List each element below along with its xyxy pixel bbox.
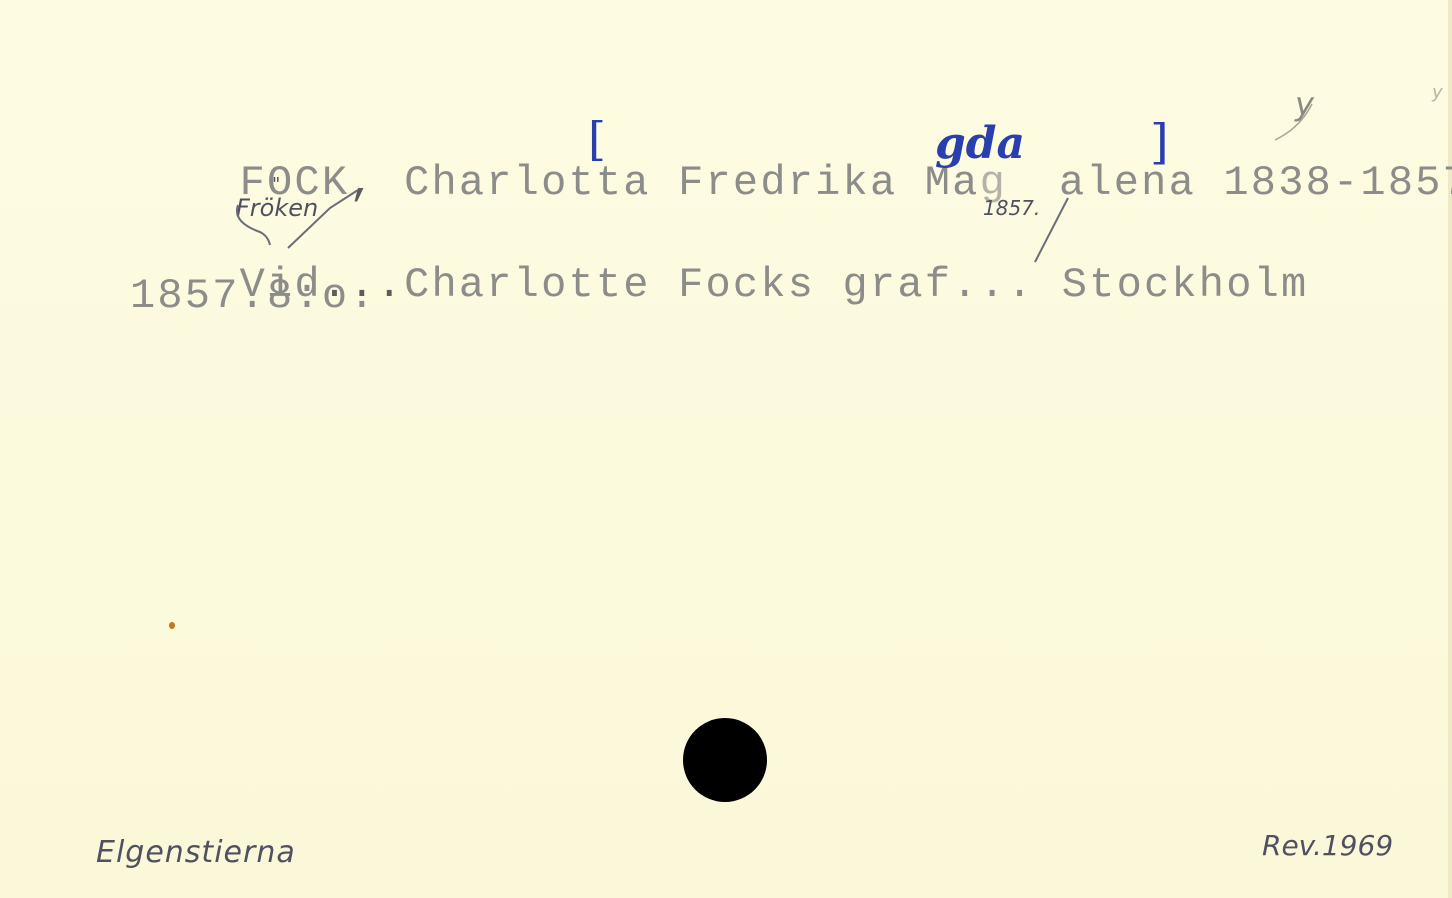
heading-bracket-open-space: [651, 159, 678, 207]
bracket-open-mark: [: [588, 116, 606, 162]
annotation-source: Elgenstierna: [96, 838, 296, 868]
imprint-line: 1857.8:o.: [130, 275, 377, 317]
heading-bracket-space: [1196, 159, 1223, 207]
handwritten-correction: gda: [935, 122, 1025, 166]
bracket-close-mark: ]: [1150, 118, 1169, 166]
title-text: Charlotte Focks graf...: [404, 261, 1034, 309]
heading-comma: ,: [349, 159, 376, 207]
handwritten-y-mark: y: [1295, 88, 1314, 120]
punch-hole: [683, 718, 767, 802]
catalog-card: FOCK, Charlotta Fredrika Magalena 1838-1…: [0, 0, 1452, 898]
heading-years: 1838-1857: [1223, 159, 1452, 207]
handwritten-insert: Fröken: [236, 196, 318, 220]
ink-speck: [169, 622, 175, 629]
annotation-revision: Rev.1969: [1262, 832, 1393, 860]
title-place: Stockholm: [1062, 261, 1309, 309]
heading-given-name: Charlotta: [404, 159, 651, 207]
handwritten-umlaut: ": [272, 176, 280, 194]
handwritten-y-mark-edge: y: [1432, 84, 1443, 102]
title-gap: [1034, 261, 1061, 309]
handwritten-year: 1857.: [983, 198, 1040, 218]
